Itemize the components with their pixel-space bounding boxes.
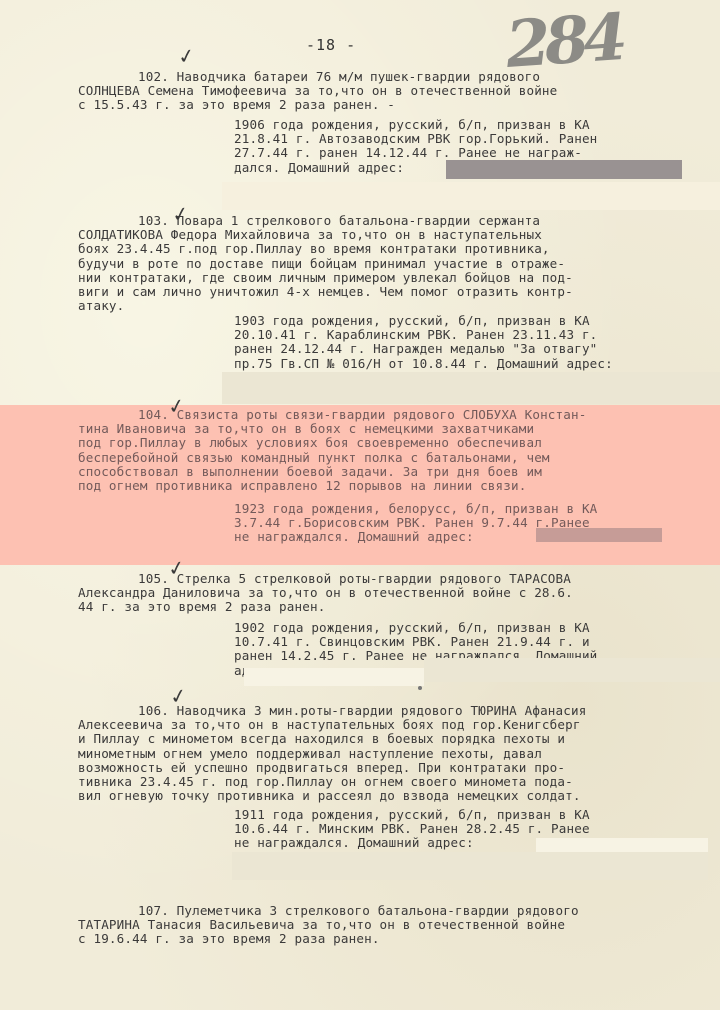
bio-line: 1923 года рождения, белорусс, б/п, призв… [234,502,714,516]
entry-line: 103. Повара 1 стрелкового батальона-гвар… [78,214,718,228]
entry-line: 105. Стрелка 5 стрелковой роты-гвардии р… [78,572,718,586]
page-number: -18 - [306,36,356,54]
entry-line: с 19.6.44 г. за это время 2 раза ранен. [78,932,718,946]
entry-line: Алексеевича за то,что он в наступательны… [78,718,718,732]
redacted-address [536,528,662,542]
bio-line: 27.7.44 г. ранен 14.12.44 г. Ранее не на… [234,146,714,160]
entry-line: возможность ей успешно продвигаться впер… [78,761,718,775]
entry-line: атаку. [78,299,718,313]
bio-line: пр.75 Гв.СП № 016/Н от 10.8.44 г. Домашн… [234,357,714,371]
document-page: -18 - 284 ✓ 102. Наводчика батареи 76 м/… [0,0,720,1010]
bio-line: 20.10.41 г. Караблинским РВК. Ранен 23.1… [234,328,714,342]
redacted-blank [222,372,720,404]
entry-line: 107. Пулеметчика 3 стрелкового батальона… [78,904,718,918]
entry-line: будучи в роте по доставе пищи бойцам при… [78,257,718,271]
redacted-blank [244,668,424,686]
redacted-blank [424,658,720,682]
entry-line: тина Ивановича за то,что он в боях с нем… [78,422,718,436]
bio-line: 10.6.44 г. Минским РВК. Ранен 28.2.45 г.… [234,822,714,836]
entry-line: минометным огнем умело поддерживал насту… [78,747,718,761]
redacted-address [446,160,682,179]
entry-line: под гор.Пиллау в любых условиях боя свое… [78,436,718,450]
entry-line: вил огневую точку противника и рассеял д… [78,789,718,803]
entry-107: 107. Пулеметчика 3 стрелкового батальона… [78,904,718,947]
bio-line: 1902 года рождения, русский, б/п, призва… [234,621,714,635]
entry-line: тивника 23.4.45 г. под гор.Пиллау он огн… [78,775,718,789]
entry-line: ТАТАРИНА Танасия Васильевича за то,что о… [78,918,718,932]
bio-line: 21.8.41 г. Автозаводским РВК гор.Горький… [234,132,714,146]
entry-line: Александра Даниловича за то,что он в оте… [78,586,718,600]
entry-line: боях 23.4.45 г.под гор.Пиллау во время к… [78,242,718,256]
entry-102: 102. Наводчика батареи 76 м/м пушек-гвар… [78,70,718,113]
check-mark-icon: ✓ [176,43,197,70]
entry-104: 104. Связиста роты связи-гвардии рядовог… [78,408,718,493]
entry-line: бесперебойной связью командный пункт пол… [78,451,718,465]
entry-line: и Пиллау с минометом всегда находился в … [78,732,718,746]
entry-line: 106. Наводчика 3 мин.роты-гвардии рядово… [78,704,718,718]
entry-line: 44 г. за это время 2 раза ранен. [78,600,718,614]
bio-line: 10.7.41 г. Свинцовским РВК. Ранен 21.9.4… [234,635,714,649]
entry-line: под огнем противника исправлено 12 порыв… [78,479,718,493]
entry-line: СОЛНЦЕВА Семена Тимофеевича за то,что он… [78,84,718,98]
entry-line: СОЛДАТИКОВА Федора Михайловича за то,что… [78,228,718,242]
entry-line: с 15.5.43 г. за это время 2 раза ранен. … [78,98,718,112]
entry-line: нии контратаки, где своим личным примеро… [78,271,718,285]
entry-line: 104. Связиста роты связи-гвардии рядовог… [78,408,718,422]
entry-106: 106. Наводчика 3 мин.роты-гвардии рядово… [78,704,718,803]
redacted-blank [536,838,708,852]
bio-line: 1903 года рождения, русский, б/п, призва… [234,314,714,328]
entry-line: 102. Наводчика батареи 76 м/м пушек-гвар… [78,70,718,84]
bio-line: ранен 24.12.44 г. Награжден медалью "За … [234,342,714,356]
ink-mark [418,686,422,690]
bio-line: 1911 года рождения, русский, б/п, призва… [234,808,714,822]
bio-103: 1903 года рождения, русский, б/п, призва… [234,314,714,371]
entry-105: 105. Стрелка 5 стрелковой роты-гвардии р… [78,572,718,615]
redacted-blank [232,852,708,880]
entry-line: виги и сам лично уничтожил 4-х немцев. Ч… [78,285,718,299]
redacted-blank [222,182,720,210]
entry-103: 103. Повара 1 стрелкового батальона-гвар… [78,214,718,313]
entry-line: способствовал в выполнении боевой задачи… [78,465,718,479]
bio-line: 1906 года рождения, русский, б/п, призва… [234,118,714,132]
